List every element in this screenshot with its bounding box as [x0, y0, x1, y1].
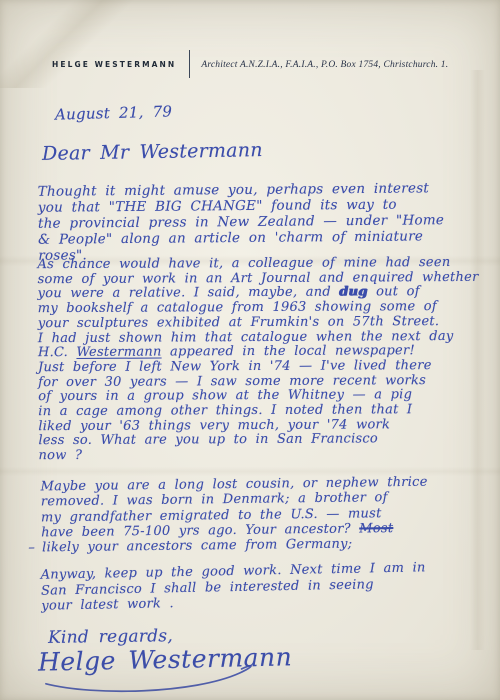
- underlined-word: Westermann: [76, 345, 161, 360]
- letterhead: HELGE WESTERMANN Architect A.N.Z.I.A., F…: [52, 50, 470, 78]
- paragraph-4: Anyway, keep up the good work. Next time…: [41, 560, 427, 614]
- letterhead-divider: [189, 50, 190, 78]
- signature: Helge Westermann: [38, 642, 293, 676]
- letterhead-name: HELGE WESTERMANN: [52, 60, 176, 69]
- overwritten-word: dug: [339, 285, 367, 300]
- line-text: out of: [368, 285, 420, 300]
- salutation: Dear Mr Westermann: [42, 139, 263, 165]
- line-text: H.C.: [38, 345, 77, 360]
- scanned-letter-page: HELGE WESTERMANN Architect A.N.Z.I.A., F…: [0, 0, 500, 700]
- letter-date: August 21, 79: [55, 102, 173, 123]
- paragraph-1: Thought it might amuse you, perhaps even…: [38, 180, 445, 264]
- handwritten-line: now ?: [38, 447, 479, 464]
- paragraph-2: As chance would have it, a colleague of …: [37, 256, 479, 464]
- line-text: likely your ancestors came from Germany;: [42, 537, 352, 556]
- letterhead-credentials: Architect A.N.Z.I.A., F.A.I.A., P.O. Box…: [201, 59, 448, 70]
- struck-word: Most: [359, 521, 393, 536]
- stray-pen-mark: –: [28, 541, 35, 556]
- line-text: appeared in the local newspaper!: [162, 343, 415, 359]
- paragraph-3: Maybe you are a long lost cousin, or nep…: [41, 475, 429, 556]
